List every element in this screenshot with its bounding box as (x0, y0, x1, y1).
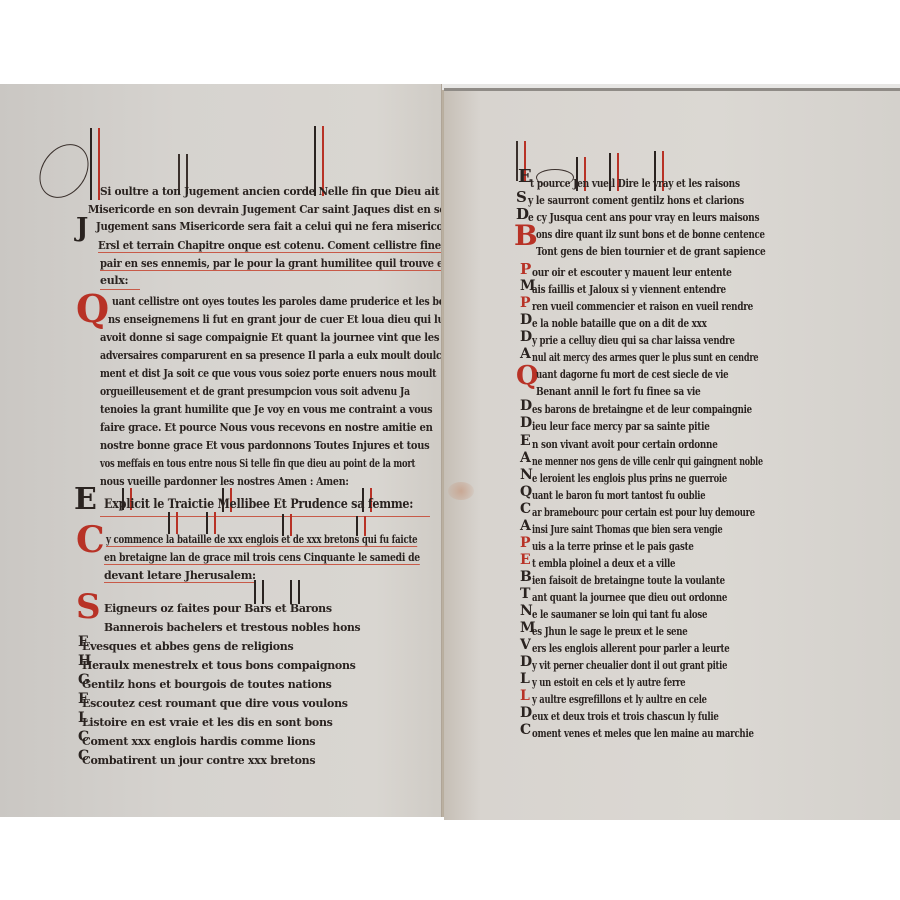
verse-line: oment venes et meles que len maine au ma… (532, 727, 754, 740)
red-rule (100, 516, 430, 517)
incipit-initial: C (76, 522, 105, 558)
verse-line: n son vivant avoit pour certain ordonne (532, 438, 718, 451)
verse-line: ien faisoit de bretaingne toute la voula… (532, 574, 725, 587)
cadel-stroke (206, 512, 216, 534)
line-initial: B (520, 570, 532, 584)
verse-line: ais faillis et Jaloux si y viennent ente… (532, 283, 726, 296)
intro-line: Ersl et terrain Chapitre onque est coten… (98, 239, 441, 253)
paragraph-line: ns enseignemens li fut en grant jour de … (108, 313, 442, 326)
paragraph-line: nostre bonne grace Et vous pardonnons To… (100, 439, 429, 452)
line-initial: S (516, 190, 527, 205)
line-initial: C (520, 723, 531, 737)
verse-line: Eigneurs oz faites pour Bars et Barons (104, 602, 332, 615)
open-manuscript: M Si oultre a ton Jugement ancien corde … (0, 84, 900, 817)
verse-line: insi Jure saint Thomas que bien sera ven… (532, 523, 723, 536)
verse-line: ant quant la journee que dieu out ordonn… (532, 591, 727, 604)
paragraph-line: orgueilleusement et de grant presumpcion… (100, 385, 410, 398)
line-initial: P (520, 296, 531, 310)
line-initial: N (520, 604, 533, 618)
verse-line: uant le baron fu mort tantost fu oublie (532, 489, 705, 502)
incipit-line: devant letare Jherusalem: (104, 569, 256, 583)
line-initial: E (520, 434, 531, 448)
paragraph-line: avoit donne si sage compaignie Et quant … (100, 331, 439, 344)
line-initial: D (520, 399, 532, 413)
incipit-line: en bretaigne lan de grace mil trois cens… (104, 551, 420, 565)
line-initial: Q (520, 485, 532, 499)
left-page: M Si oultre a ton Jugement ancien corde … (0, 84, 442, 817)
verse-line: uant dagorne fu mort de cest siecle de v… (536, 368, 728, 381)
paragraph-initial: Q (76, 290, 109, 328)
line-initial: V (520, 638, 531, 652)
verse-line: Gentilz hons et bourgois de toutes natio… (82, 678, 332, 691)
paragraph-line: nous vueille pardonner les nostres Amen … (100, 475, 349, 488)
line-initial: A (520, 451, 531, 465)
verse-line: ers les englois allerent pour parler a l… (532, 642, 729, 655)
verse-line: e cy Jusqua cent ans pour vray en leurs … (528, 211, 759, 224)
cadel-stroke (290, 580, 300, 604)
paragraph-line: uant cellistre ont oyes toutes les parol… (112, 295, 442, 308)
verse-line: y prie a celluy dieu qui sa char laissa … (532, 334, 735, 347)
line-initial: P (520, 262, 531, 277)
verse-line: Coment xxx englois hardis comme lions (82, 735, 315, 748)
heading-explicit: Explicit le Traictie Mellibee Et Prudenc… (104, 497, 413, 512)
verse-line: Listoire en est vraie et les dis en sont… (82, 716, 333, 729)
verse-line: ren vueil commencier et raison en vueil … (532, 300, 753, 313)
incipit-line: y commence la bataille de xxx englois et… (106, 533, 417, 547)
verse-line: y vit perner cheualier dont il out grant… (532, 659, 727, 672)
line-initial: P (520, 536, 531, 550)
line-initial: L (520, 689, 530, 703)
verse-line: ar bramebourc pour certain est pour luy … (532, 506, 755, 519)
line-initial: D (520, 313, 532, 327)
paragraph-line: tenoies la grant humilite que Je voy en … (100, 403, 432, 416)
cadel-stroke (168, 512, 178, 534)
line-initial: D (520, 706, 532, 720)
verse-line: Tont gens de bien tournier et de grant s… (536, 245, 765, 258)
verse-line: e la noble bataille que on a dit de xxx (532, 317, 707, 330)
line-initial: E (520, 553, 531, 567)
line-initial: D (520, 330, 532, 344)
intro-line: pair en ses ennemis, par le pour la gran… (100, 257, 442, 271)
line-initial: T (520, 587, 530, 601)
verse-line: ons dire quant ilz sunt bons et de bonne… (536, 228, 765, 241)
right-page-text: E t pource Jen vueil Dire le vray et les… (444, 84, 900, 817)
paragraph-line: ment et dist Ja soit ce que vous vous so… (100, 367, 436, 380)
verse-line: y aultre esgrefillons et ly aultre en ce… (532, 693, 707, 706)
line-initial: D (520, 416, 532, 430)
verse-line: Escoutez cest roumant que dire vous voul… (82, 697, 348, 710)
cadel-stroke (254, 580, 264, 604)
line-initial: L (520, 672, 530, 686)
verse-line: Bannerois bachelers et trestous nobles h… (104, 621, 360, 634)
verse-line: Evesques et abbes gens de religions (82, 640, 293, 653)
verse-line: y un estoit en cels et ly autre ferre (532, 676, 685, 689)
line-initial: B (514, 222, 538, 250)
line-initial: D (520, 655, 532, 669)
verse-line: our oir et escouter y mauent leur entent… (532, 266, 732, 279)
verse-line: y le saurront coment gentilz hons et cla… (528, 194, 744, 207)
verse-line: t pource Jen vueil Dire le vray et les r… (530, 177, 740, 190)
line-initial: A (520, 519, 531, 533)
paragraph-line: adversaires comparurent en sa presence I… (100, 349, 442, 362)
line-initial: N (520, 468, 533, 482)
heading-initial: E (74, 485, 97, 515)
verse-line: t embla ploinel a deux et a ville (532, 557, 675, 570)
verse-line: eux et deux trois et trois chascun ly fu… (532, 710, 719, 723)
verse-line: ne menner nos gens de ville cenlr qui ga… (532, 455, 763, 468)
verse-line: e leroient les englois plus prins ne gue… (532, 472, 727, 485)
verse-line: es barons de bretaingne et de leur compa… (532, 403, 752, 416)
verse-line: Combatirent un jour contre xxx bretons (82, 754, 315, 767)
verse-initial: S (76, 590, 101, 624)
paragraph-line: faire grace. Et pource Nous vous recevon… (100, 421, 433, 434)
intro-line: Misericorde en son devrain Jugement Car … (88, 203, 442, 216)
intro-line: Jugement sans Misericorde sera fait a ce… (96, 220, 442, 233)
intro-line: Si oultre a ton Jugement ancien corde Ne… (100, 185, 442, 198)
paragraph-line: vos meffais en tous entre nous Si telle … (100, 457, 415, 470)
line-initial: J (76, 215, 88, 241)
line-initial: A (520, 347, 531, 361)
verse-line: nul ait mercy des armes quer le plus sun… (532, 351, 758, 364)
verse-line: uis a la terre prinse et le pais gaste (532, 540, 694, 553)
verse-line: Heraulx menestrelx et tous bons compaign… (82, 659, 356, 672)
verse-line: ieu leur face mercy par sa sainte pitie (532, 420, 710, 433)
verse-line: es Jhun le sage le preux et le sene (532, 625, 688, 638)
line-initial: C (520, 502, 531, 516)
verse-line: e le saumaner se loin qui tant fu alose (532, 608, 707, 621)
verse-line: Benant annil le fort fu finee sa vie (536, 385, 701, 398)
